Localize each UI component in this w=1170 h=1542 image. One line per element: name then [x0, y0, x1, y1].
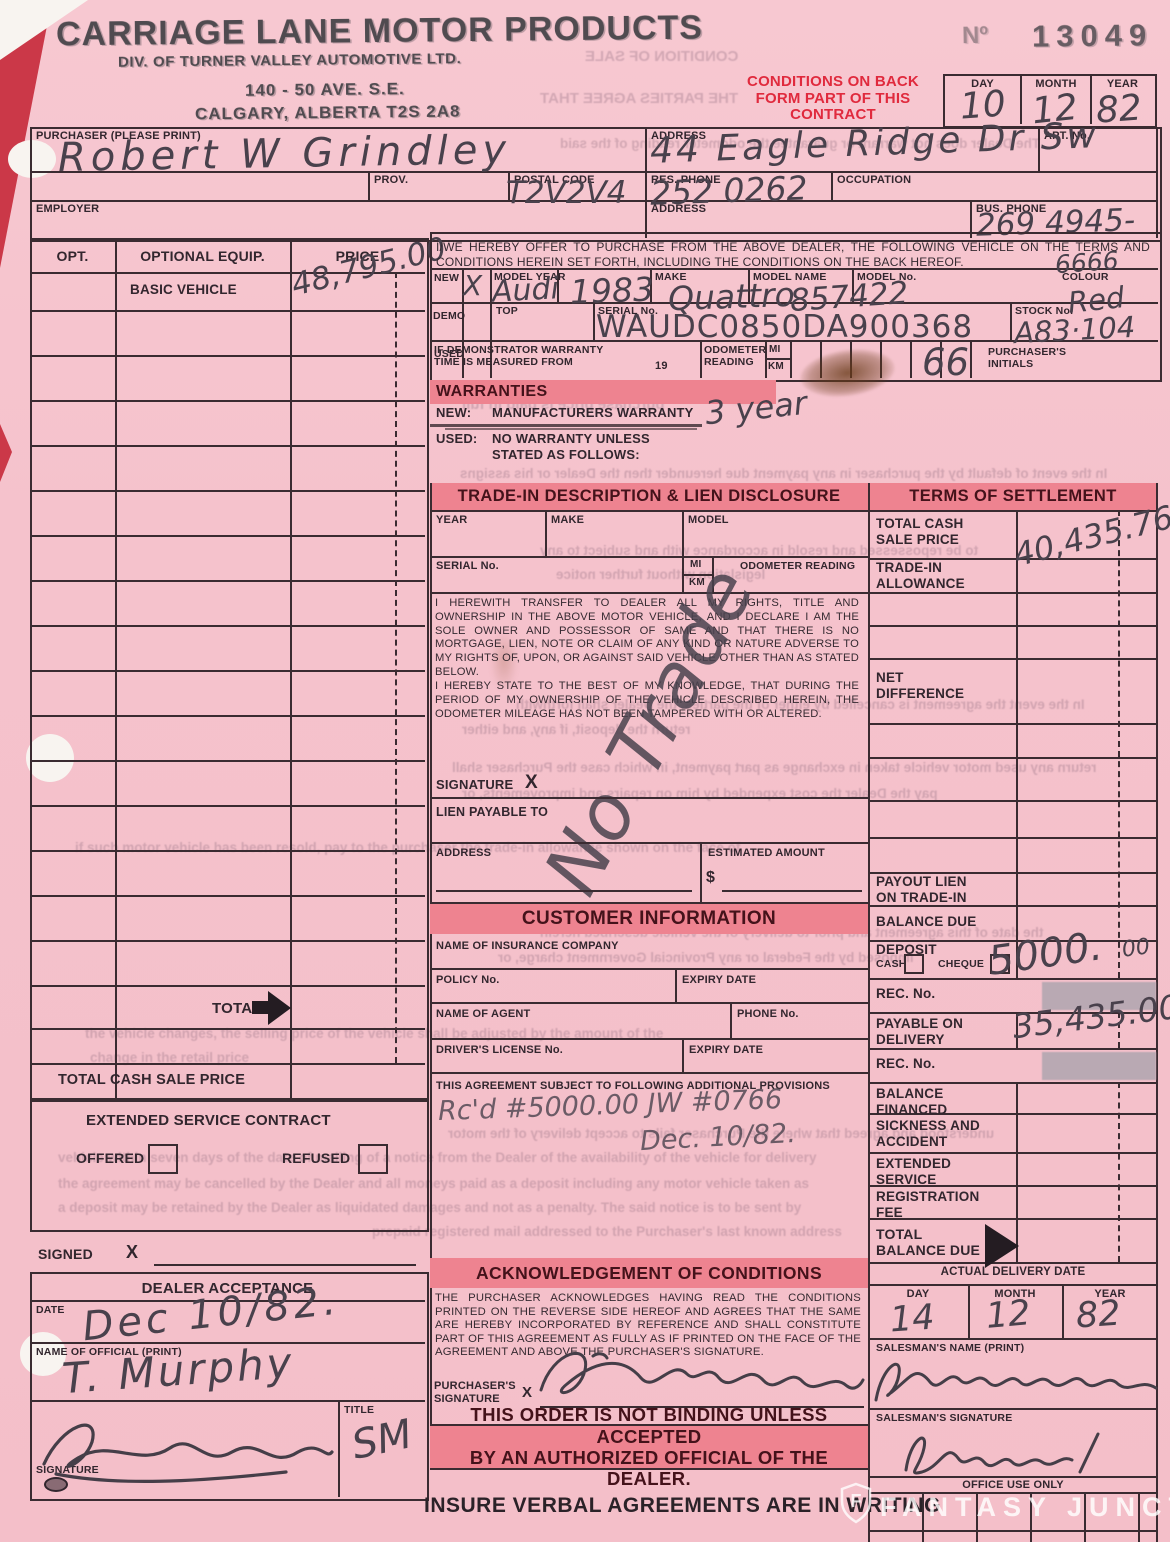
- h-divider: [30, 1063, 425, 1065]
- extended-service-label: EXTENDED SERVICE: [876, 1156, 951, 1187]
- h-divider: [868, 723, 1158, 725]
- h-divider: [30, 310, 425, 312]
- stock-value: A83·104: [1013, 313, 1136, 348]
- trade-year-label: YEAR: [436, 514, 467, 527]
- h-divider: [868, 1082, 1158, 1084]
- h-divider: [154, 1264, 416, 1266]
- v-divider: [645, 171, 647, 200]
- dealer-stamp-company: CARRIAGE LANE MOTOR PRODUCTS: [56, 9, 703, 55]
- delivery-day-value: 14: [889, 1300, 936, 1338]
- h-divider: [430, 1468, 868, 1470]
- v-divider: [970, 340, 972, 378]
- v-divider: [290, 238, 292, 1098]
- provisions-date: Dec. 10/82.: [639, 1120, 796, 1155]
- km-label: KM: [768, 361, 784, 373]
- h-divider: [868, 1284, 1158, 1286]
- h-divider: [868, 625, 1158, 627]
- h-divider: [765, 358, 790, 360]
- warranty-new-label: NEW:: [436, 406, 471, 421]
- decor: F: [851, 1491, 862, 1511]
- h-divider: [430, 1002, 868, 1004]
- occupation-label: OCCUPATION: [837, 174, 911, 187]
- h-divider: [430, 842, 868, 844]
- decor: [876, 1364, 1156, 1400]
- sickness-accident-label: SICKNESS AND ACCIDENT: [876, 1118, 980, 1149]
- v-divider: [1016, 510, 1018, 978]
- offered-checkbox: [148, 1144, 178, 1174]
- balance-financed-label: BALANCE FINANCED: [876, 1086, 947, 1117]
- v-divider: [1156, 127, 1158, 238]
- conditions-on-back-note: CONDITIONS ON BACK FORM PART OF THIS CON…: [728, 74, 938, 124]
- new-label: NEW: [434, 272, 459, 284]
- agent-phone-label: PHONE No.: [737, 1008, 799, 1021]
- bt: prepaid registered mail addressed to the…: [372, 1224, 842, 1239]
- h-divider: [30, 670, 425, 672]
- v-divider: [790, 340, 792, 378]
- trade-serial-label: SERIAL No.: [436, 560, 499, 573]
- total-cash-sale-price-label: TOTAL CASH SALE PRICE: [58, 1072, 245, 1089]
- v-divider: [430, 483, 432, 1468]
- h-divider: [430, 797, 868, 799]
- h-divider: [868, 658, 1158, 660]
- new-checkbox-mark: X: [463, 272, 482, 300]
- policy-no-label: POLICY No.: [436, 974, 500, 987]
- h-divider: [430, 424, 702, 427]
- deposit-cents: 00: [1121, 936, 1152, 962]
- signed-x: X: [126, 1242, 138, 1263]
- lien-payable-label: LIEN PAYABLE TO: [436, 805, 548, 819]
- h-divider: [436, 890, 692, 892]
- h-divider: [868, 757, 1158, 759]
- h-divider: [868, 592, 1158, 594]
- v-divider: [730, 1002, 732, 1038]
- res-phone-value: 252 0262: [649, 171, 808, 209]
- v-divider: [1010, 302, 1012, 340]
- purchaser-name-value: Robert W Grindley: [58, 130, 512, 178]
- basic-vehicle-label: BASIC VEHICLE: [130, 282, 237, 298]
- watermark-shield-icon: F: [840, 1482, 872, 1524]
- rec-no-label: REC. No.: [876, 986, 935, 1002]
- net-difference-label: NET DIFFERENCE: [876, 670, 964, 701]
- purchaser-signature: [535, 1338, 865, 1410]
- v-divider: [700, 340, 702, 378]
- v-divider: [910, 340, 912, 378]
- drivers-license-label: DRIVER'S LICENSE No.: [436, 1044, 563, 1057]
- postal-code-value: T2V2V4: [506, 178, 627, 209]
- col-opt: OPT.: [30, 248, 115, 264]
- h-divider: [30, 1028, 425, 1030]
- employer-label: EMPLOYER: [36, 203, 99, 216]
- watermark-text: FANTASY JUNCTION: [880, 1492, 1170, 1523]
- salesman-signature: [900, 1426, 1110, 1478]
- offered-label: OFFERED: [76, 1150, 144, 1166]
- h-divider: [868, 800, 1158, 802]
- h-divider: [430, 1072, 868, 1074]
- h-divider: [868, 1338, 1158, 1340]
- trade-signature-label: SIGNATURE: [436, 778, 513, 793]
- make-value: 1983: [569, 273, 654, 309]
- red-edge-chip: [0, 424, 12, 482]
- license-expiry-label: EXPIRY DATE: [689, 1044, 763, 1057]
- deposit-cheque-label: CHEQUE: [938, 958, 984, 970]
- insurance-company-label: NAME OF INSURANCE COMPANY: [436, 940, 619, 953]
- dash: [1118, 510, 1120, 978]
- v-divider: [115, 238, 117, 1098]
- not-binding-banner: THIS ORDER IS NOT BINDING UNLESS ACCEPTE…: [430, 1426, 868, 1468]
- trade-in-allowance-label: TRADE-IN ALLOWANCE: [876, 560, 965, 591]
- payable-on-delivery-label: PAYABLE ON DELIVERY: [876, 1016, 963, 1047]
- estimated-amount-label: ESTIMATED AMOUNT: [708, 847, 825, 860]
- v-divider: [700, 842, 702, 902]
- payout-lien-label: PAYOUT LIEN ON TRADE-IN: [876, 874, 967, 905]
- v-divider: [682, 1038, 684, 1072]
- serial-value: WAUDC0850DA900368: [596, 312, 973, 343]
- purchaser-signature-label: PURCHASER'S SIGNATURE: [434, 1380, 516, 1405]
- h-divider: [868, 1408, 1158, 1410]
- official-title-value: SM: [348, 1414, 415, 1466]
- h-divider: [30, 625, 425, 627]
- warranty-used-text1: NO WARRANTY UNLESS: [492, 432, 650, 447]
- dealer-stamp-address2: CALGARY, ALBERTA T2S 2A8: [195, 102, 461, 125]
- policy-expiry-label: EXPIRY DATE: [682, 974, 756, 987]
- h-divider: [722, 890, 862, 892]
- h-divider: [445, 428, 697, 430]
- extended-service-title: EXTENDED SERVICE CONTRACT: [86, 1112, 331, 1129]
- union-bug-icon: [44, 1477, 68, 1492]
- acknowledgement-header: ACKNOWLEDGEMENT OF CONDITIONS: [430, 1258, 868, 1288]
- dash: [1118, 1082, 1120, 1262]
- delivery-month-value: 12: [985, 1296, 1032, 1335]
- demonstrator-year-prefix: 19: [655, 360, 668, 373]
- h-divider: [30, 715, 425, 717]
- lien-address-label: ADDRESS: [436, 847, 491, 860]
- h-divider: [30, 355, 425, 357]
- dollar-sign: $: [706, 869, 715, 887]
- warranty-new-text: MANUFACTURERS WARRANTY: [492, 406, 694, 421]
- official-title-label: TITLE: [344, 1404, 374, 1416]
- h-divider: [868, 837, 1158, 839]
- odometer-reading-label: ODOMETER READING: [704, 344, 766, 368]
- h-divider: [868, 1476, 1158, 1478]
- h-divider: [30, 535, 425, 537]
- balance-due-arrow-icon: [985, 1224, 1019, 1268]
- h-divider: [430, 1038, 868, 1040]
- customer-info-header: CUSTOMER INFORMATION: [430, 904, 868, 934]
- terms-of-settlement-header: TERMS OF SETTLEMENT: [868, 483, 1158, 510]
- model-year-value: Audi: [491, 274, 559, 307]
- rec-no2-label: REC. No.: [876, 1056, 935, 1072]
- colour-code-value: 6666: [1054, 248, 1119, 277]
- form-number: 13049: [1032, 17, 1154, 54]
- office-shaded-box: [1042, 1052, 1156, 1080]
- agent-name-label: NAME OF AGENT: [436, 1008, 530, 1021]
- h-divider: [30, 805, 425, 807]
- bt: CONDITION OF SALE: [585, 48, 738, 65]
- refused-checkbox: [358, 1144, 388, 1174]
- h-divider: [30, 580, 425, 582]
- signed-label: SIGNED: [38, 1246, 93, 1262]
- h-divider: [430, 968, 868, 970]
- col-optional-equip: OPTIONAL EQUIP.: [115, 248, 290, 264]
- trade-signature-x: X: [525, 772, 538, 794]
- h-divider: [868, 1152, 1158, 1154]
- purchaser-signature-x: X: [522, 1384, 532, 1401]
- dealer-official-signature: [36, 1402, 336, 1492]
- dash: [395, 272, 397, 1063]
- deposit-cash-label: CASH: [876, 958, 907, 970]
- bt: THE PARTIES AGREE THAT: [540, 90, 738, 107]
- total-balance-due-label: TOTAL BALANCE DUE: [876, 1226, 980, 1258]
- total-arrow-icon: [268, 991, 291, 1025]
- dealer-stamp-address1: 140 - 50 AVE. S.E.: [245, 79, 405, 101]
- h-divider: [30, 985, 425, 987]
- prov-label: PROV.: [374, 174, 408, 187]
- odometer-value: 66: [922, 344, 969, 381]
- h-divider: [868, 905, 1158, 907]
- office-use-only-label: OFFICE USE ONLY: [868, 1479, 1158, 1492]
- h-divider: [430, 268, 1158, 270]
- scanned-vehicle-purchase-contract: CONDITION OF SALE THE PARTIES AGREE THAT…: [0, 0, 1170, 1542]
- decor: [906, 1434, 1098, 1473]
- dealer-date-label: DATE: [36, 1304, 65, 1316]
- warranty-used-label: USED:: [436, 432, 477, 447]
- delivery-year-value: 82: [1075, 1296, 1122, 1334]
- dealer-stamp-division: DIV. OF TURNER VALLEY AUTOMOTIVE LTD.: [118, 50, 462, 71]
- v-divider: [675, 968, 677, 1002]
- demo-label: DEMO: [433, 310, 465, 322]
- total-cash-sale-price-row-label: TOTAL CASH SALE PRICE: [876, 516, 964, 547]
- h-divider: [30, 400, 425, 402]
- balance-due-label: BALANCE DUE: [876, 914, 976, 930]
- h-divider: [868, 1048, 1158, 1050]
- registration-fee-label: REGISTRATION FEE: [876, 1189, 979, 1220]
- h-divider: [30, 490, 425, 492]
- salesman-name-signature: [872, 1348, 1162, 1410]
- purchaser-initials-label: PURCHASER'S INITIALS: [988, 346, 1066, 370]
- refused-label: REFUSED: [282, 1150, 350, 1166]
- v-divider: [338, 1400, 340, 1497]
- h-divider: [30, 895, 425, 897]
- offer-text: I/WE HEREBY OFFER TO PURCHASE FROM THE A…: [436, 240, 1150, 270]
- mi-label: MI: [769, 344, 781, 356]
- decor: [541, 1353, 863, 1392]
- cash-checkbox: [904, 954, 924, 974]
- payable-on-delivery-value: 35,435.00: [1011, 990, 1170, 1043]
- h-divider: [30, 445, 425, 447]
- demonstrator-warranty-label: IF DEMONSTRATOR WARRANTY TIME IS MEASURE…: [434, 344, 604, 368]
- contract-year: 82: [1095, 90, 1143, 129]
- v-divider: [645, 127, 647, 171]
- v-divider: [831, 171, 833, 200]
- h-divider: [30, 850, 425, 852]
- h-divider: [30, 760, 425, 762]
- actual-delivery-date-title: ACTUAL DELIVERY DATE: [868, 1266, 1158, 1279]
- decor: [44, 1425, 332, 1481]
- form-number-label: Nº: [962, 22, 989, 50]
- h-divider: [30, 940, 425, 942]
- h-divider: [868, 1530, 1158, 1532]
- salesman-signature-label: SALESMAN'S SIGNATURE: [876, 1412, 1012, 1424]
- warranty-new-value: 3 year: [704, 387, 809, 429]
